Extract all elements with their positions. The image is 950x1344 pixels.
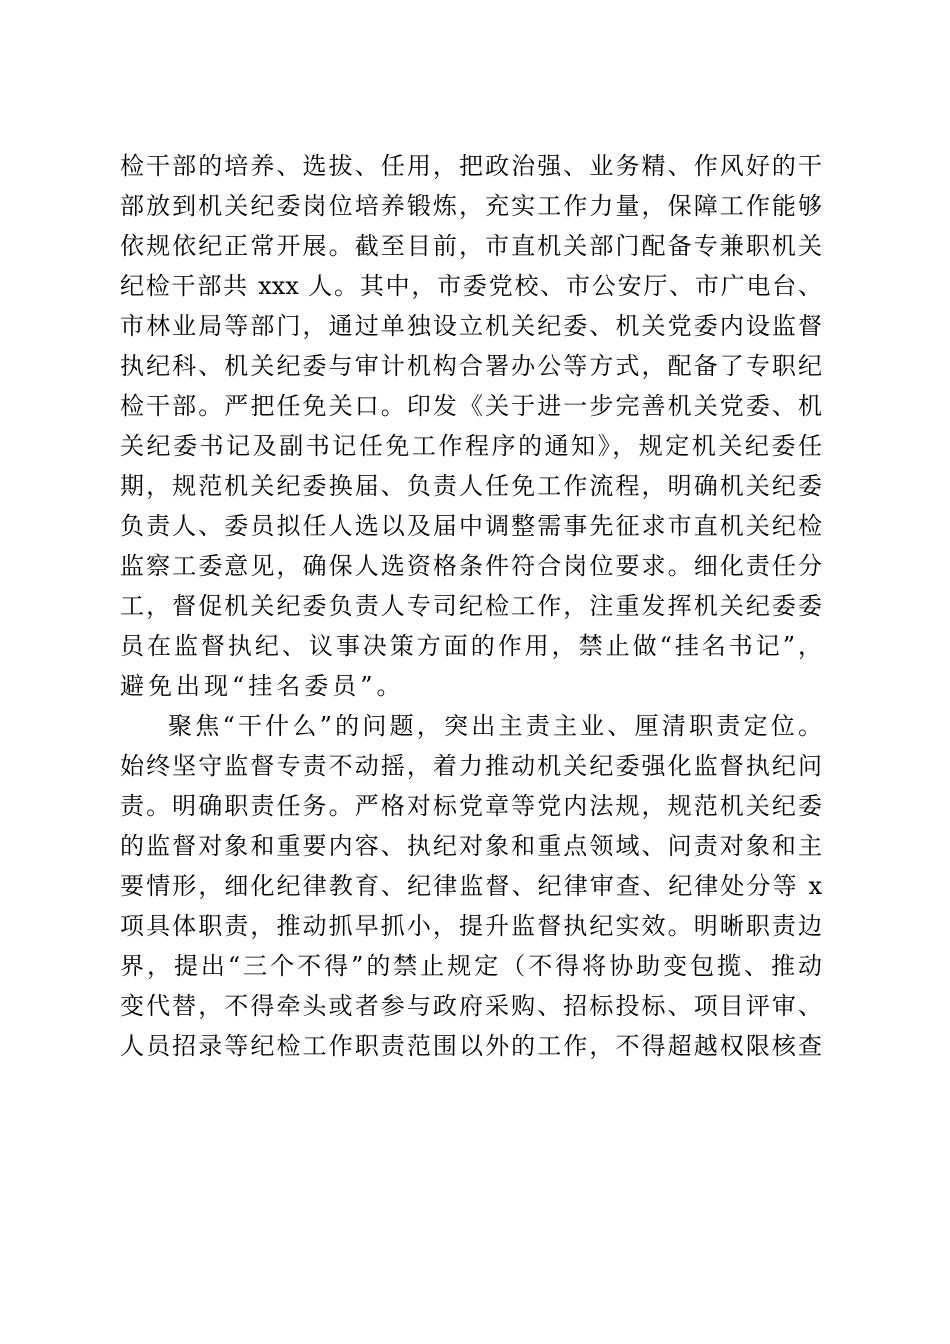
text-line: 的监督对象和重要内容、执纪对象和重点领域、问责对象和主 <box>120 826 822 866</box>
text-line: 执纪科、机关纪委与审计机构合署办公等方式，配备了专职纪 <box>120 346 822 386</box>
text-line: 工，督促机关纪委负责人专司纪检工作，注重发挥机关纪委委 <box>120 586 822 626</box>
text-line: 关纪委书记及副书记任免工作程序的通知》，规定机关纪委任 <box>120 426 822 466</box>
paragraph-2: 聚焦“干什么”的问题，突出主责主业、厘清职责定位。 始终坚守监督专责不动摇，着力… <box>120 706 822 1066</box>
text-line: 要情形，细化纪律教育、纪律监督、纪律审查、纪律处分等 x <box>120 866 822 906</box>
paragraph-1: 检干部的培养、选拔、任用，把政治强、业务精、作风好的干 部放到机关纪委岗位培养锻… <box>120 146 822 706</box>
text-line: 检干部的培养、选拔、任用，把政治强、业务精、作风好的干 <box>120 146 822 186</box>
text-line: 责。明确职责任务。严格对标党章等党内法规，规范机关纪委 <box>120 786 822 826</box>
text-line: 依规依纪正常开展。截至目前，市直机关部门配备专兼职机关 <box>120 226 822 266</box>
text-line: 人员招录等纪检工作职责范围以外的工作，不得超越权限核查 <box>120 1026 822 1066</box>
document-body: 检干部的培养、选拔、任用，把政治强、业务精、作风好的干 部放到机关纪委岗位培养锻… <box>120 146 822 1066</box>
text-line: 变代替，不得牵头或者参与政府采购、招标投标、项目评审、 <box>120 986 822 1026</box>
text-line: 聚焦“干什么”的问题，突出主责主业、厘清职责定位。 <box>120 706 822 746</box>
document-page: 检干部的培养、选拔、任用，把政治强、业务精、作风好的干 部放到机关纪委岗位培养锻… <box>0 0 950 1344</box>
text-line: 界，提出“三个不得”的禁止规定（不得将协助变包揽、推动 <box>120 946 822 986</box>
text-line: 项具体职责，推动抓早抓小，提升监督执纪实效。明晰职责边 <box>120 906 822 946</box>
text-line: 员在监督执纪、议事决策方面的作用，禁止做“挂名书记”， <box>120 626 822 666</box>
text-line: 负责人、委员拟任人选以及届中调整需事先征求市直机关纪检 <box>120 506 822 546</box>
text-line: 部放到机关纪委岗位培养锻炼，充实工作力量，保障工作能够 <box>120 186 822 226</box>
text-line: 期，规范机关纪委换届、负责人任免工作流程，明确机关纪委 <box>120 466 822 506</box>
text-line: 检干部。严把任免关口。印发《关于进一步完善机关党委、机 <box>120 386 822 426</box>
text-line: 始终坚守监督专责不动摇，着力推动机关纪委强化监督执纪问 <box>120 746 822 786</box>
text-line: 市林业局等部门，通过单独设立机关纪委、机关党委内设监督 <box>120 306 822 346</box>
text-line: 避免出现“挂名委员”。 <box>120 666 822 706</box>
text-line: 纪检干部共 xxx 人。其中，市委党校、市公安厅、市广电台、 <box>120 266 822 306</box>
text-line: 监察工委意见，确保人选资格条件符合岗位要求。细化责任分 <box>120 546 822 586</box>
